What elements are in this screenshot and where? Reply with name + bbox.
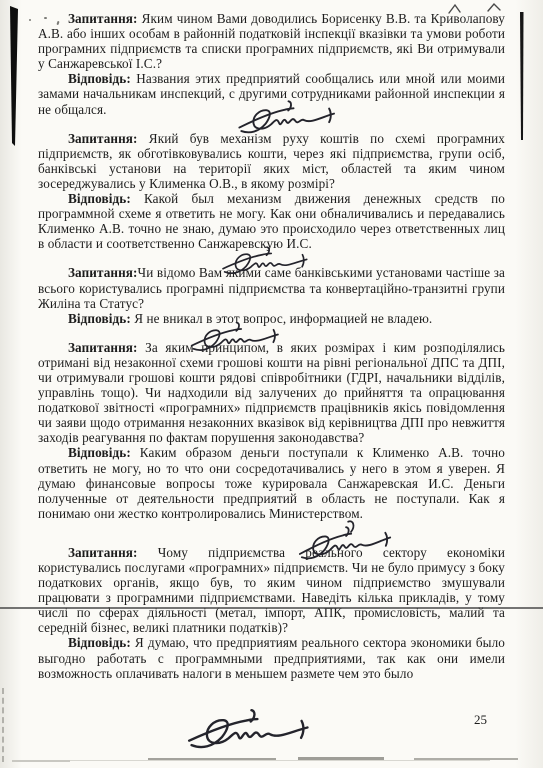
answer-label: Відповідь: — [68, 311, 131, 326]
question-label: Запитання: — [68, 545, 138, 560]
answer-text: Я не вникал в этот вопрос, информацией н… — [131, 311, 432, 326]
scanned-page: Запитання: Яким чином Вами доводились Бо… — [0, 0, 543, 768]
question-paragraph: Запитання: Чому підприємства реального с… — [38, 545, 505, 636]
answer-label: Відповідь: — [68, 445, 131, 460]
page-number: 25 — [474, 712, 487, 728]
signature-icon — [296, 513, 397, 573]
handwritten-caret-icon — [446, 2, 510, 18]
scan-line-artifact — [0, 607, 543, 609]
qa-block-4: Запитання: За яким принципом, в яких роз… — [38, 340, 505, 521]
question-label: Запитання: — [68, 340, 138, 355]
answer-label: Відповідь: — [68, 191, 131, 206]
answer-paragraph: Відповідь: Каким образом деньги поступал… — [38, 445, 505, 520]
signature-icon — [237, 96, 340, 146]
signature-icon — [189, 319, 283, 362]
answer-label: Відповідь: — [68, 635, 131, 650]
bottom-edge-artifact — [70, 760, 490, 761]
speckle-artifact — [44, 17, 47, 19]
left-dashed-line-artifact — [2, 688, 4, 762]
signature-icon — [185, 706, 315, 762]
speckle-artifact — [29, 19, 31, 21]
answer-paragraph: Відповідь: Какой был механизм движения д… — [38, 191, 505, 251]
bottom-edge-artifact — [12, 760, 70, 762]
qa-block-5: Запитання: Чому підприємства реального с… — [38, 545, 505, 681]
answer-paragraph: Відповідь: Я думаю, что предприятиям реа… — [38, 635, 505, 680]
signature-icon — [221, 243, 310, 284]
question-label: Запитання: — [68, 265, 138, 280]
